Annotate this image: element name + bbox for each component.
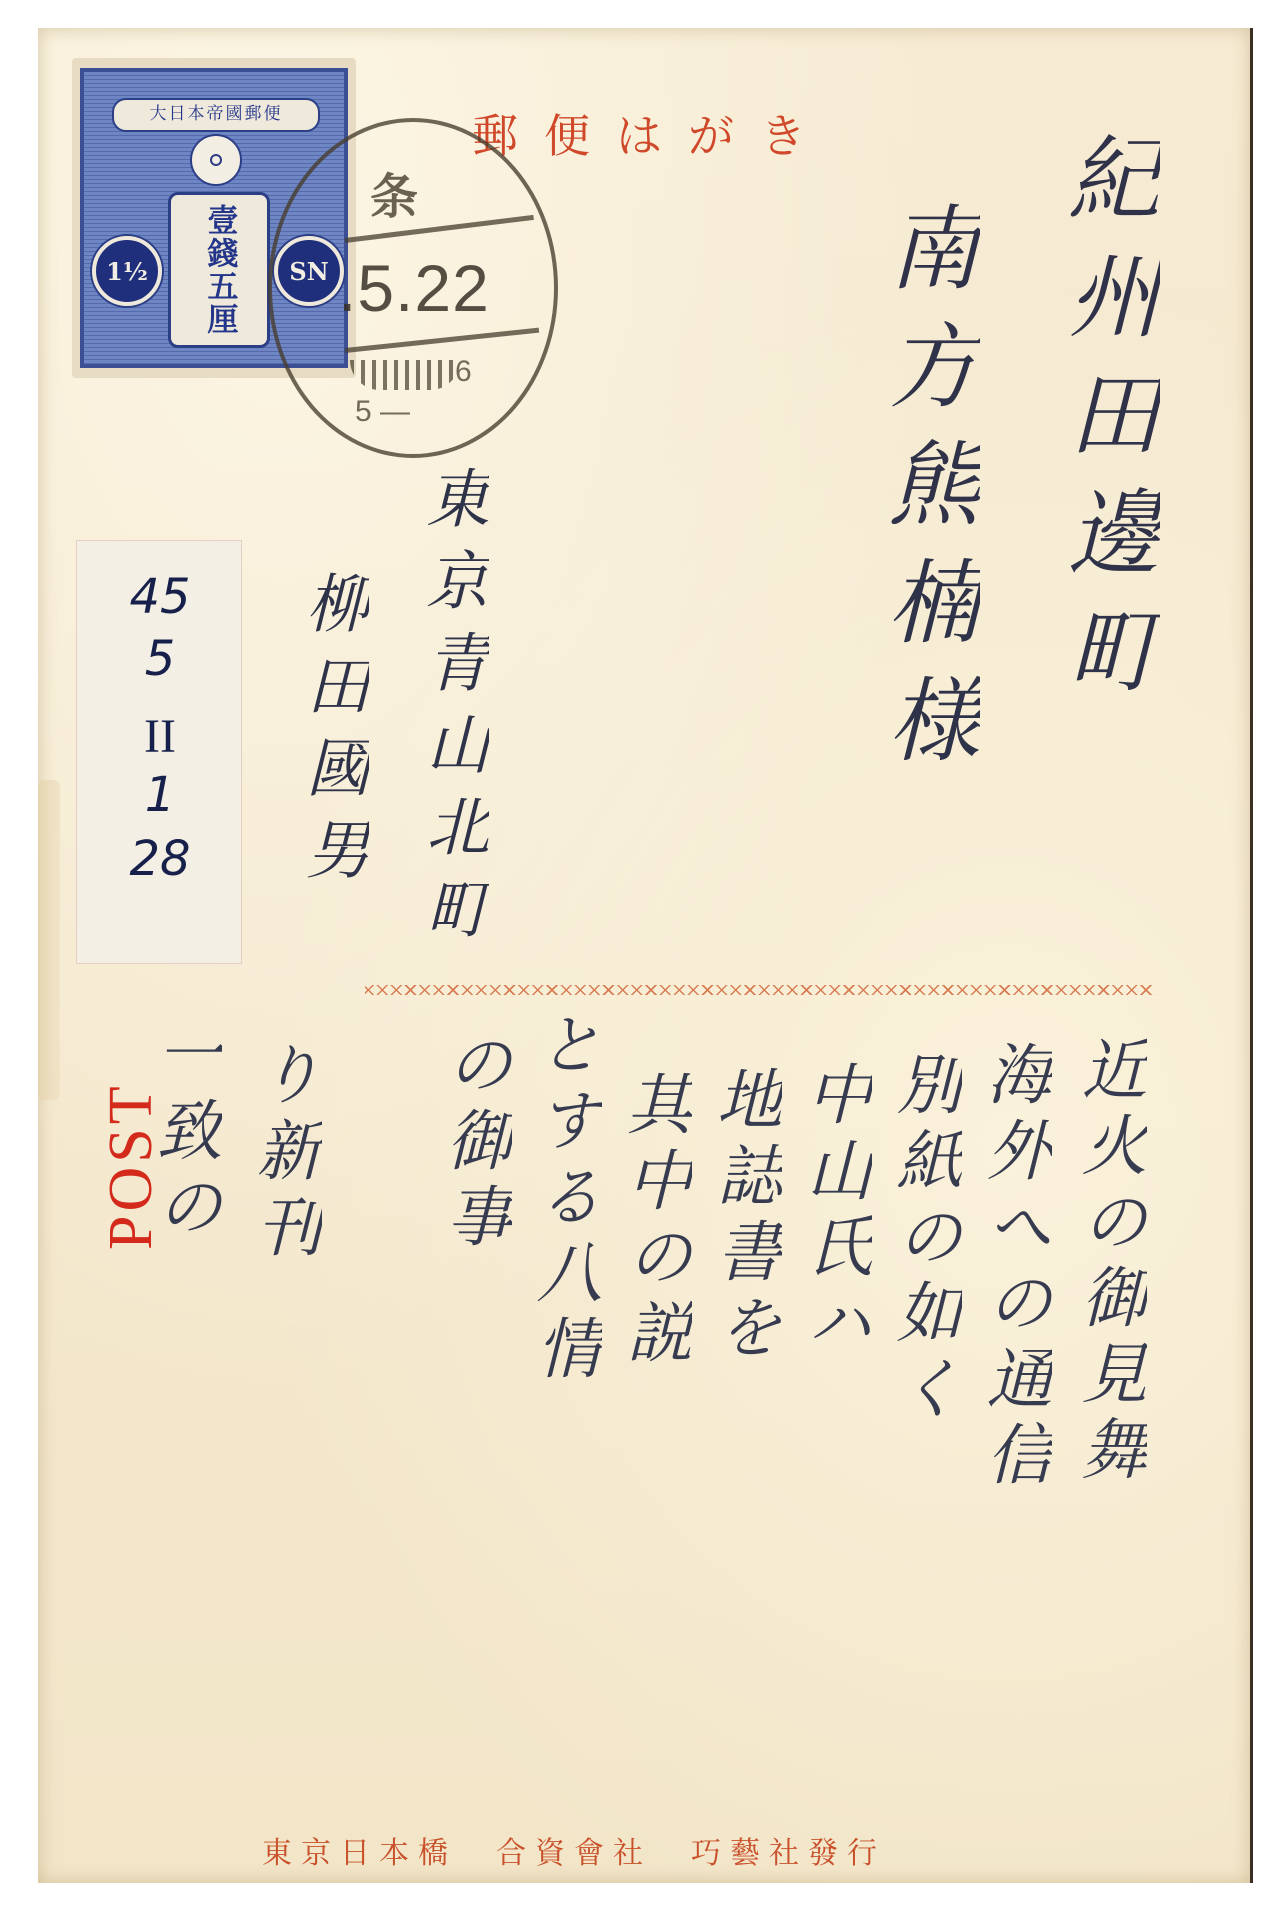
sender-address: 東京青山北町 [420,465,484,957]
postmark-comb [350,360,460,390]
red-post-mark: POST [96,1082,167,1250]
postmark-bottom: 5 — [355,395,410,429]
post-mark-wrapper: POST [96,1250,264,1321]
label-line: 28 [77,831,243,887]
message-column: 其中の説 [620,1070,686,1374]
message-column: 中山氏ハ [800,1060,866,1364]
message-column: の御事 [440,1030,506,1258]
label-line: 45 [77,569,243,625]
postmark-time: 6 [455,355,472,389]
message-column: 別紙の如く [890,1050,956,1430]
label-line: II [77,709,243,764]
stamp-denomination: 壹錢五厘 [168,192,270,348]
postmark-date: .5.22 [338,250,490,326]
sender-name: 柳田國男 [300,570,364,898]
label-line: 1 [77,767,243,823]
message-column: り新刊 [250,1040,316,1268]
card-worn-edge [38,780,60,1100]
message-column: 近火の御見舞 [1075,1035,1141,1491]
chrysanthemum-icon [190,134,242,186]
postmark-place-char: 条 [370,158,418,227]
stamp-banner-text: 大日本帝國郵便 [112,98,320,132]
label-line: 5 [77,631,243,687]
recipient-address: 紀州田邊町 [1060,130,1152,720]
recipient-name: 南方熊楠様 [880,200,972,790]
postcard-header-title: 郵便はがき [472,100,832,166]
message-column: 地誌書を [710,1065,776,1369]
stamp-value-left: 1½ [92,236,162,306]
message-column: 海外への通信 [980,1040,1046,1496]
wavy-divider [365,985,1155,995]
publisher-line: 東京日本橋 合資會社 巧藝社發行 [262,1828,886,1872]
archive-label: 45 5 II 1 28 [76,540,242,964]
message-column: とする八情 [530,1010,596,1390]
